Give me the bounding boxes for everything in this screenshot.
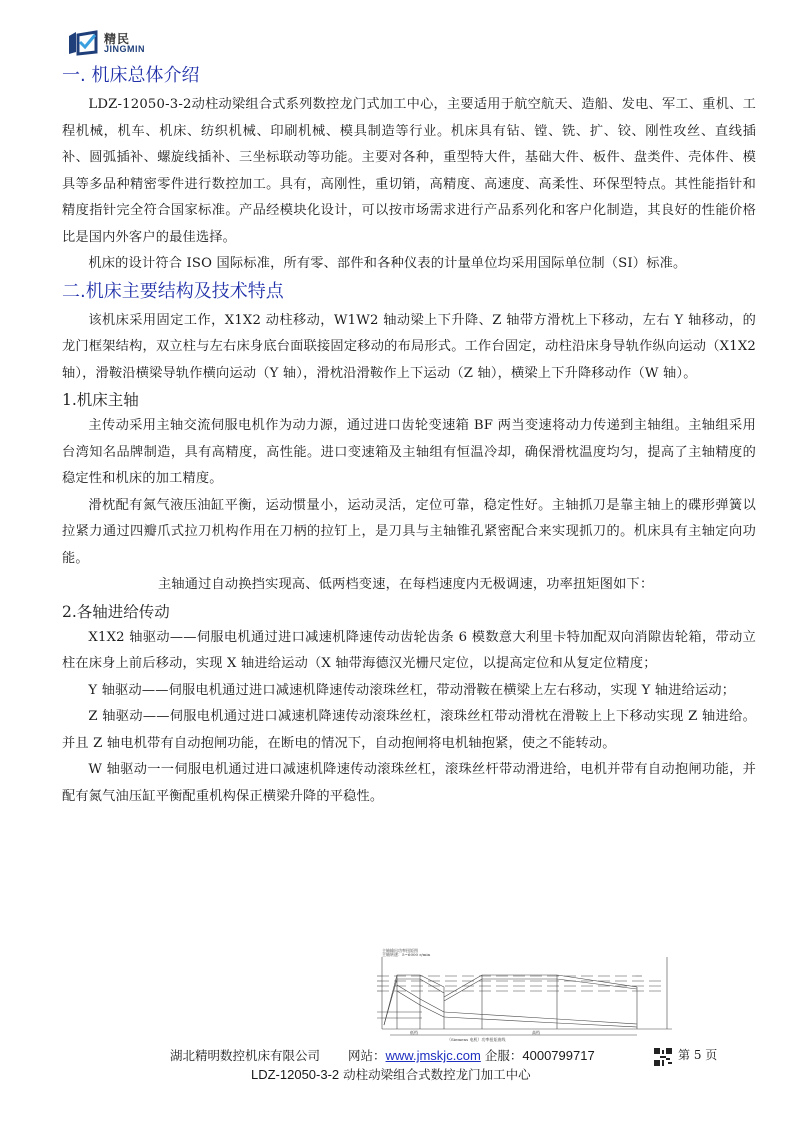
power-torque-figure: 主轴输出功率扭矩图 主轴转速：5~6000 r/min 低档 高档 （Sieme…	[362, 947, 687, 1042]
figure-subtitle: 主轴转速：5~6000 r/min	[382, 951, 431, 957]
feed-w-axis-paragraph: W 轴驱动一一伺服电机通过进口减速机降速传动滚珠丝杠，滚珠丝杆带动滑进给，电机并…	[62, 757, 756, 810]
page-number: 第 5 页	[678, 1046, 717, 1063]
section-1-heading: 一. 机床总体介绍	[62, 62, 756, 90]
figure-caption: （Siemens 电机）功率扭矩曲线	[447, 1036, 505, 1042]
qr-code-icon	[654, 1048, 672, 1066]
section-1-paragraph-1: LDZ-12050-3-2动柱动梁组合式系列数控龙门式加工中心，主要适用于航空航…	[62, 92, 756, 251]
website-link[interactable]: www.jmskjc.com	[386, 1048, 481, 1063]
feed-x-axis-paragraph: X1X2 轴驱动——伺服电机通过进口减速机降速传动齿轮齿条 6 模数意大利里卡特…	[62, 625, 756, 678]
section-2-intro: 该机床采用固定工作，X1X2 动柱移动，W1W2 轴动梁上下升降、Z 轴带方滑枕…	[62, 308, 756, 388]
subsection-feed-heading: 2.各轴进给传动	[62, 599, 756, 625]
model-name: 动柱动梁组合式数控龙门加工中心	[339, 1067, 530, 1082]
website-label: 网站：	[348, 1048, 386, 1063]
feed-y-axis-paragraph: Y 轴驱动——伺服电机通过进口减速机降速传动滚珠丝杠，带动滑鞍在横梁上左右移动，…	[62, 678, 756, 705]
logo-en-text: JINGMIN	[104, 45, 145, 54]
low-gear-label: 低档	[410, 1029, 418, 1035]
high-gear-label: 高档	[532, 1029, 540, 1035]
jingmin-logo-icon	[66, 30, 100, 56]
section-2-heading: 二.机床主要结构及技术特点	[62, 278, 756, 306]
spindle-paragraph-3: 主轴通过自动换挡实现高、低两档变速，在每档速度内无极调速，功率扭矩图如下：	[62, 572, 756, 599]
feed-z-axis-paragraph: Z 轴驱动——伺服电机通过进口减速机降速传动滚珠丝杠，滚珠丝杠带动滑枕在滑鞍上上…	[62, 704, 756, 757]
model-code: LDZ-12050-3-2	[251, 1067, 339, 1082]
spindle-paragraph-2: 滑枕配有氮气液压油缸平衡，运动惯量小，运动灵活，定位可靠，稳定性好。主轴抓刀是靠…	[62, 493, 756, 573]
subsection-spindle-heading: 1.机床主轴	[62, 387, 756, 413]
service-phone: 4000799717	[522, 1048, 594, 1063]
service-label: 企服：	[485, 1048, 523, 1063]
document-body: 一. 机床总体介绍 LDZ-12050-3-2动柱动梁组合式系列数控龙门式加工中…	[62, 62, 756, 810]
section-1-paragraph-2: 机床的设计符合 ISO 国际标准，所有零、部件和各种仪表的计量单位均采用国际单位…	[62, 251, 756, 278]
logo-cn-text: 精民	[104, 33, 145, 45]
spindle-paragraph-1: 主传动采用主轴交流伺服电机作为动力源，通过进口齿轮变速箱 BF 两当变速将动力传…	[62, 413, 756, 493]
company-name: 湖北精明数控机床有限公司	[170, 1048, 320, 1063]
company-logo: 精民 JINGMIN	[66, 30, 145, 56]
